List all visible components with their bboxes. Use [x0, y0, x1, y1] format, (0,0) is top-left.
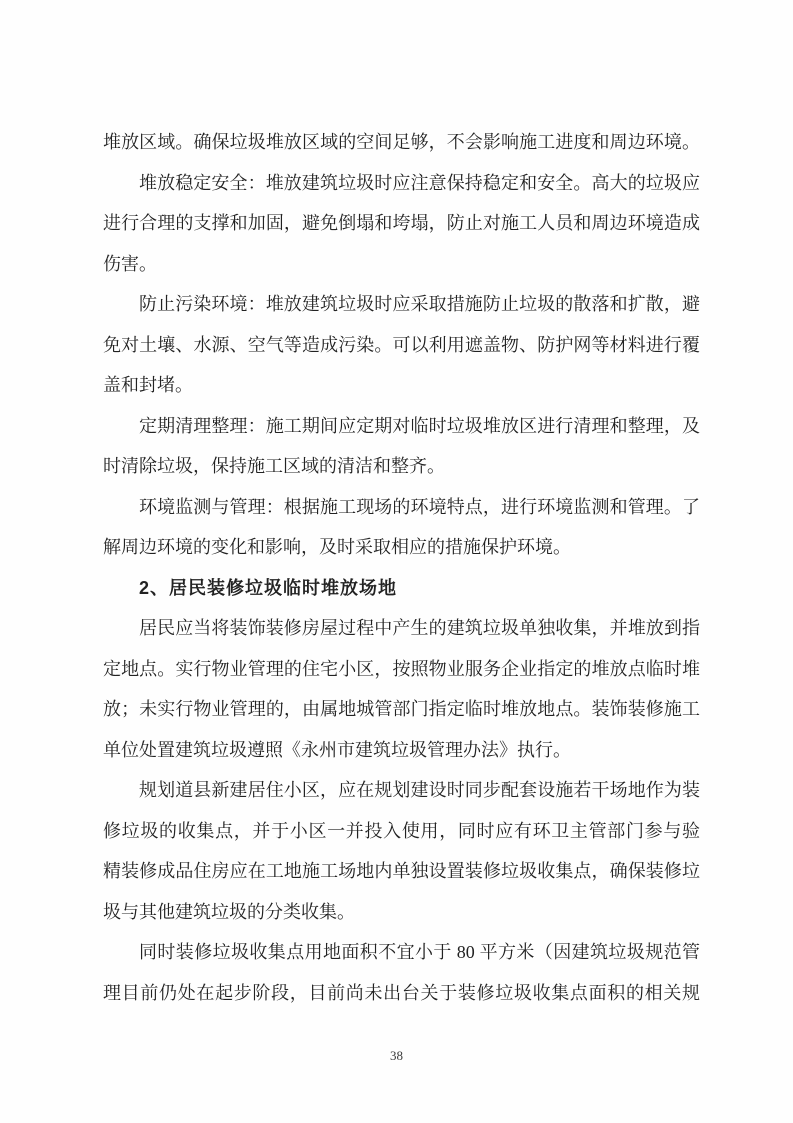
text-line: 环境监测与管理：根据施工现场的环境特点，进行环境监测和管理。了: [103, 487, 700, 528]
text-line: 放；未实行物业管理的，由属地城管部门指定临时堆放地点。装饰装修施工: [103, 689, 700, 730]
section-heading: 2、居民装修垃圾临时堆放场地: [103, 568, 700, 609]
text-line: 防止污染环境：堆放建筑垃圾时应采取措施防止垃圾的散落和扩散，避: [103, 284, 700, 325]
text-line: 定期清理整理：施工期间应定期对临时垃圾堆放区进行清理和整理，及: [103, 406, 700, 447]
page-number: 38: [0, 1048, 793, 1064]
text-line: 规划道县新建居住小区，应在规划建设时同步配套设施若干场地作为装: [103, 770, 700, 811]
text-line: 堆放区域。确保垃圾堆放区域的空间足够，不会影响施工进度和周边环境。: [103, 122, 700, 163]
document-body: 堆放区域。确保垃圾堆放区域的空间足够，不会影响施工进度和周边环境。堆放稳定安全：…: [103, 122, 700, 1013]
text-line: 盖和封堵。: [103, 365, 700, 406]
text-line: 精装修成品住房应在工地施工场地内单独设置装修垃圾收集点，确保装修垃: [103, 851, 700, 892]
text-line: 定地点。实行物业管理的住宅小区，按照物业服务企业指定的堆放点临时堆: [103, 649, 700, 690]
text-line: 堆放稳定安全：堆放建筑垃圾时应注意保持稳定和安全。高大的垃圾应: [103, 163, 700, 204]
text-line: 时清除垃圾，保持施工区域的清洁和整齐。: [103, 446, 700, 487]
text-line: 伤害。: [103, 244, 700, 285]
text-line: 理目前仍处在起步阶段，目前尚未出台关于装修垃圾收集点面积的相关规范，: [103, 973, 700, 1014]
document-page: 堆放区域。确保垃圾堆放区域的空间足够，不会影响施工进度和周边环境。堆放稳定安全：…: [0, 0, 793, 1123]
text-line: 修垃圾的收集点，并于小区一并投入使用，同时应有环卫主管部门参与验收；: [103, 811, 700, 852]
text-line: 单位处置建筑垃圾遵照《永州市建筑垃圾管理办法》执行。: [103, 730, 700, 771]
text-line: 同时装修垃圾收集点用地面积不宜小于 80 平方米（因建筑垃圾规范管: [103, 932, 700, 973]
text-line: 居民应当将装饰装修房屋过程中产生的建筑垃圾单独收集，并堆放到指: [103, 608, 700, 649]
text-line: 解周边环境的变化和影响，及时采取相应的措施保护环境。: [103, 527, 700, 568]
text-line: 进行合理的支撑和加固，避免倒塌和垮塌，防止对施工人员和周边环境造成: [103, 203, 700, 244]
text-line: 免对土壤、水源、空气等造成污染。可以利用遮盖物、防护网等材料进行覆: [103, 325, 700, 366]
text-line: 圾与其他建筑垃圾的分类收集。: [103, 892, 700, 933]
